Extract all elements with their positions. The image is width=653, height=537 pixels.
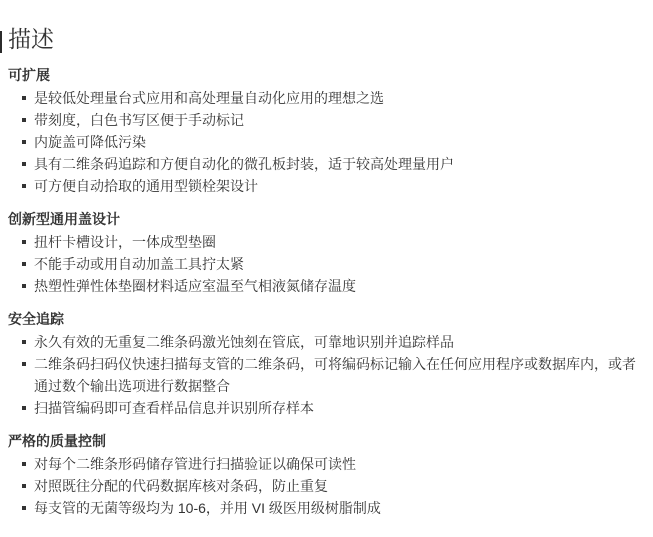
list-item: 是较低处理量台式应用和高处理量自动化应用的理想之选 [8,87,647,109]
bullet-list-cap-design: 扭杆卡槽设计，一体成型垫圈 不能手动或用自动加盖工具拧太紧 热塑性弹性体垫圈材料… [8,231,647,297]
list-item: 可方便自动拾取的通用型锁栓架设计 [8,175,647,197]
list-item: 带刻度，白色书写区便于手动标记 [8,109,647,131]
left-edge-artifact [0,31,2,53]
bullet-list-safe-tracking: 永久有效的无重复二维条码激光蚀刻在管底，可靠地识别并追踪样品 二维条码扫码仪快速… [8,331,647,419]
page-title: 描述 [8,25,647,53]
list-item: 永久有效的无重复二维条码激光蚀刻在管底，可靠地识别并追踪样品 [8,331,647,353]
list-item: 内旋盖可降低污染 [8,131,647,153]
list-item: 热塑性弹性体垫圈材料适应室温至气相液氮储存温度 [8,275,647,297]
list-item: 每支管的无菌等级均为 10-6，并用 VI 级医用级树脂制成 [8,497,647,519]
description-page: 描述 可扩展 是较低处理量台式应用和高处理量自动化应用的理想之选 带刻度，白色书… [0,0,653,537]
list-item: 对照既往分配的代码数据库核对条码，防止重复 [8,475,647,497]
section-heading-scalable: 可扩展 [8,65,647,85]
list-item: 不能手动或用自动加盖工具拧太紧 [8,253,647,275]
section-heading-cap-design: 创新型通用盖设计 [8,209,647,229]
list-item: 扫描管编码即可查看样品信息并识别所存样本 [8,397,647,419]
section-heading-quality-control: 严格的质量控制 [8,431,647,451]
list-item: 扭杆卡槽设计，一体成型垫圈 [8,231,647,253]
section-heading-safe-tracking: 安全追踪 [8,309,647,329]
list-item: 对每个二维条形码储存管进行扫描验证以确保可读性 [8,453,647,475]
bullet-list-scalable: 是较低处理量台式应用和高处理量自动化应用的理想之选 带刻度，白色书写区便于手动标… [8,87,647,197]
bullet-list-quality-control: 对每个二维条形码储存管进行扫描验证以确保可读性 对照既往分配的代码数据库核对条码… [8,453,647,519]
list-item: 具有二维条码追踪和方便自动化的微孔板封装，适于较高处理量用户 [8,153,647,175]
list-item: 二维条码扫码仪快速扫描每支管的二维条码，可将编码标记输入在任何应用程序或数据库内… [8,353,647,397]
